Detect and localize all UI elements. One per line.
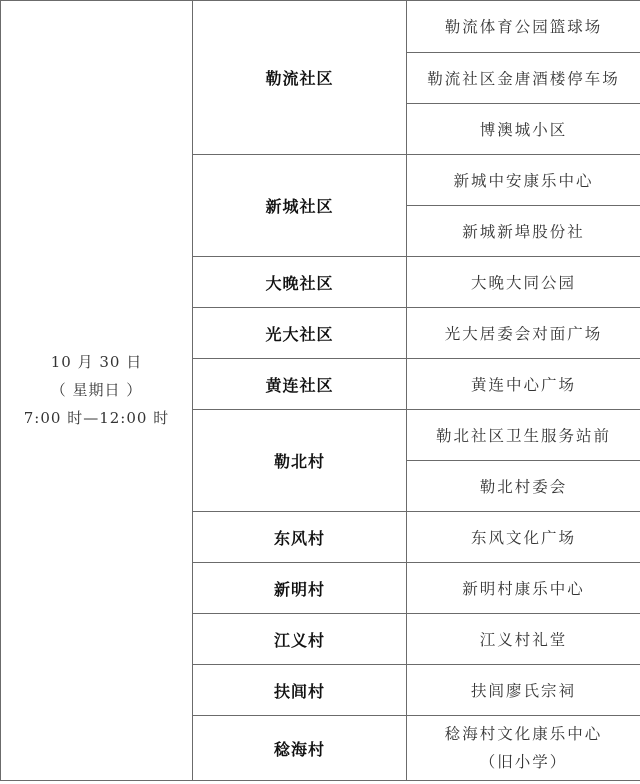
community-cell: 稔海村: [193, 716, 406, 780]
site-cell: 东风文化广场: [407, 512, 640, 562]
community-cell: 光大社区: [193, 308, 406, 358]
date-text: 10 月 30 日: [51, 348, 142, 376]
site-cell: 扶闾廖氏宗祠: [407, 665, 640, 715]
community-cell: 江义村: [193, 614, 406, 664]
site-cell: 勒北社区卫生服务站前: [407, 410, 640, 460]
community-cell: 勒北村: [193, 410, 406, 511]
site-cell: 博澳城小区: [407, 104, 640, 154]
site-cell: 光大居委会对面广场: [407, 308, 640, 358]
site-cell: 勒流体育公园篮球场: [407, 0, 640, 52]
community-cell: 新城社区: [193, 155, 406, 256]
community-cell: 新明村: [193, 563, 406, 613]
community-cell: 扶闾村: [193, 665, 406, 715]
date-time-cell: 10 月 30 日 （ 星期日 ） 7:00 时—12:00 时: [1, 0, 192, 780]
community-cell: 黄连社区: [193, 359, 406, 409]
site-cell: 勒流社区金唐酒楼停车场: [407, 53, 640, 103]
community-cell: 大晚社区: [193, 257, 406, 307]
time-range-text: 7:00 时—12:00 时: [24, 404, 169, 432]
testing-sites-table: 10 月 30 日 （ 星期日 ） 7:00 时—12:00 时 勒流社区 新城…: [0, 0, 640, 784]
community-cell: 勒流社区: [193, 0, 406, 154]
community-cell: 东风村: [193, 512, 406, 562]
site-cell: 大晚大同公园: [407, 257, 640, 307]
site-cell: 稔海村文化康乐中心 （旧小学）: [407, 716, 640, 780]
site-note: （旧小学）: [480, 748, 568, 776]
border-bottom: [0, 780, 640, 781]
site-cell: 新明村康乐中心: [407, 563, 640, 613]
site-cell: 勒北村委会: [407, 461, 640, 511]
site-cell: 新城新埠股份社: [407, 206, 640, 256]
site-cell: 黄连中心广场: [407, 359, 640, 409]
site-cell: 新城中安康乐中心: [407, 155, 640, 205]
weekday-text: （ 星期日 ）: [51, 376, 143, 404]
site-cell: 江义村礼堂: [407, 614, 640, 664]
site-name: 稔海村文化康乐中心: [445, 720, 603, 748]
